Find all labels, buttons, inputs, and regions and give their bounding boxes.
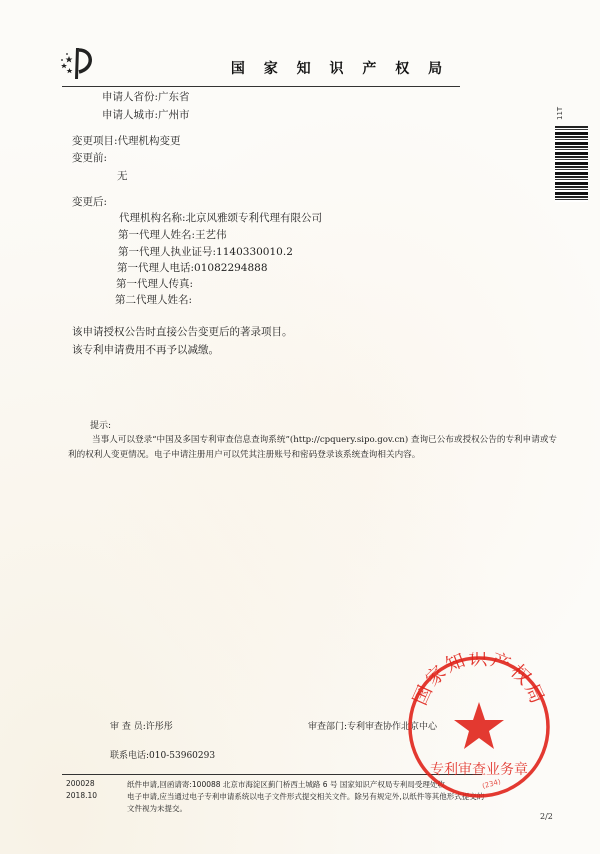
svg-text:国家知识产权局: 国家知识产权局 xyxy=(409,652,549,709)
after-field-agent1-fax: 第一代理人传真: xyxy=(116,276,193,291)
field-value: 01082294888 xyxy=(194,262,268,274)
change-item: 变更项目:代理机构变更 xyxy=(72,133,181,148)
change-item-value: 代理机构变更 xyxy=(118,135,181,147)
tip-title: 提示: xyxy=(90,418,111,431)
applicant-province-label: 申请人省份: xyxy=(102,91,158,103)
applicant-city-label: 申请人城市: xyxy=(102,109,158,121)
after-field-agent1-phone: 第一代理人电话:01082294888 xyxy=(117,260,268,275)
field-value: 北京风雅颂专利代理有限公司 xyxy=(186,212,323,224)
footer-date: 2018.10 xyxy=(66,791,97,800)
field-label: 第一代理人姓名: xyxy=(118,229,195,241)
header-divider xyxy=(62,86,460,87)
examiner-value: 许彤彤 xyxy=(146,722,173,732)
change-before-label: 变更前: xyxy=(72,150,107,165)
document-page: 国 家 知 识 产 权 局 11T 申请人省份:广东省 申请人城市:广州市 变更… xyxy=(0,0,600,854)
after-field-agent2-name: 第二代理人姓名: xyxy=(115,292,192,307)
applicant-province: 申请人省份:广东省 xyxy=(102,89,190,104)
field-label: 第一代理人传真: xyxy=(116,278,193,290)
contact-phone-label: 联系电话: xyxy=(110,751,149,761)
svg-text:专利审查业务章: 专利审查业务章 xyxy=(430,761,528,778)
examiner-label: 审 查 员: xyxy=(110,722,146,732)
footer-line: 文件视为未提交。 xyxy=(127,803,187,814)
examiner: 审 查 员:许彤彤 xyxy=(110,719,173,732)
change-before-value: 无 xyxy=(117,168,128,183)
note-line: 该专利申请费用不再予以减缴。 xyxy=(72,342,219,357)
contact-phone-value: 010-53960293 xyxy=(149,751,215,761)
applicant-province-value: 广东省 xyxy=(158,91,190,103)
field-label: 第一代理人执业证号: xyxy=(118,246,216,258)
contact-phone: 联系电话:010-53960293 xyxy=(110,748,215,761)
after-field-agent1-name: 第一代理人姓名:王艺伟 xyxy=(118,227,227,242)
barcode-label: 11T xyxy=(556,107,564,120)
svg-text:(234): (234) xyxy=(481,778,502,791)
tip-line: 利的权利人变更情况。电子申请注册用户可以凭其注册账号和密码登录该系统查询相关内容… xyxy=(68,448,420,460)
change-after-label: 变更后: xyxy=(72,194,107,209)
note-line: 该申请授权公告时直接公告变更后的著录项目。 xyxy=(72,324,293,339)
applicant-city: 申请人城市:广州市 xyxy=(102,107,190,122)
department-label: 审查部门: xyxy=(308,722,347,732)
page-number: 2/2 xyxy=(540,812,553,821)
field-label: 第一代理人电话: xyxy=(117,262,194,274)
field-label: 代理机构名称: xyxy=(119,212,186,224)
official-seal-icon: 国家知识产权局 专利审查业务章 (234) xyxy=(404,652,554,802)
field-value: 1140330010.2 xyxy=(216,246,293,258)
change-item-label: 变更项目: xyxy=(72,135,118,147)
field-value: 王艺伟 xyxy=(195,229,227,241)
after-field-agent1-license: 第一代理人执业证号:1140330010.2 xyxy=(118,244,293,259)
barcode-icon xyxy=(555,126,588,202)
footer-line: 纸件申请,回函请寄:100088 北京市海淀区蓟门桥西土城路 6 号 国家知识产… xyxy=(127,779,445,790)
org-title: 国 家 知 识 产 权 局 xyxy=(0,58,600,78)
applicant-city-value: 广州市 xyxy=(158,109,190,121)
field-label: 第二代理人姓名: xyxy=(115,294,192,306)
footer-code: 200028 xyxy=(66,779,95,788)
after-field-agency: 代理机构名称:北京风雅颂专利代理有限公司 xyxy=(119,210,322,225)
tip-line: 当事人可以登录“中国及多国专利审查信息查询系统”(http://cpquery.… xyxy=(92,433,557,445)
